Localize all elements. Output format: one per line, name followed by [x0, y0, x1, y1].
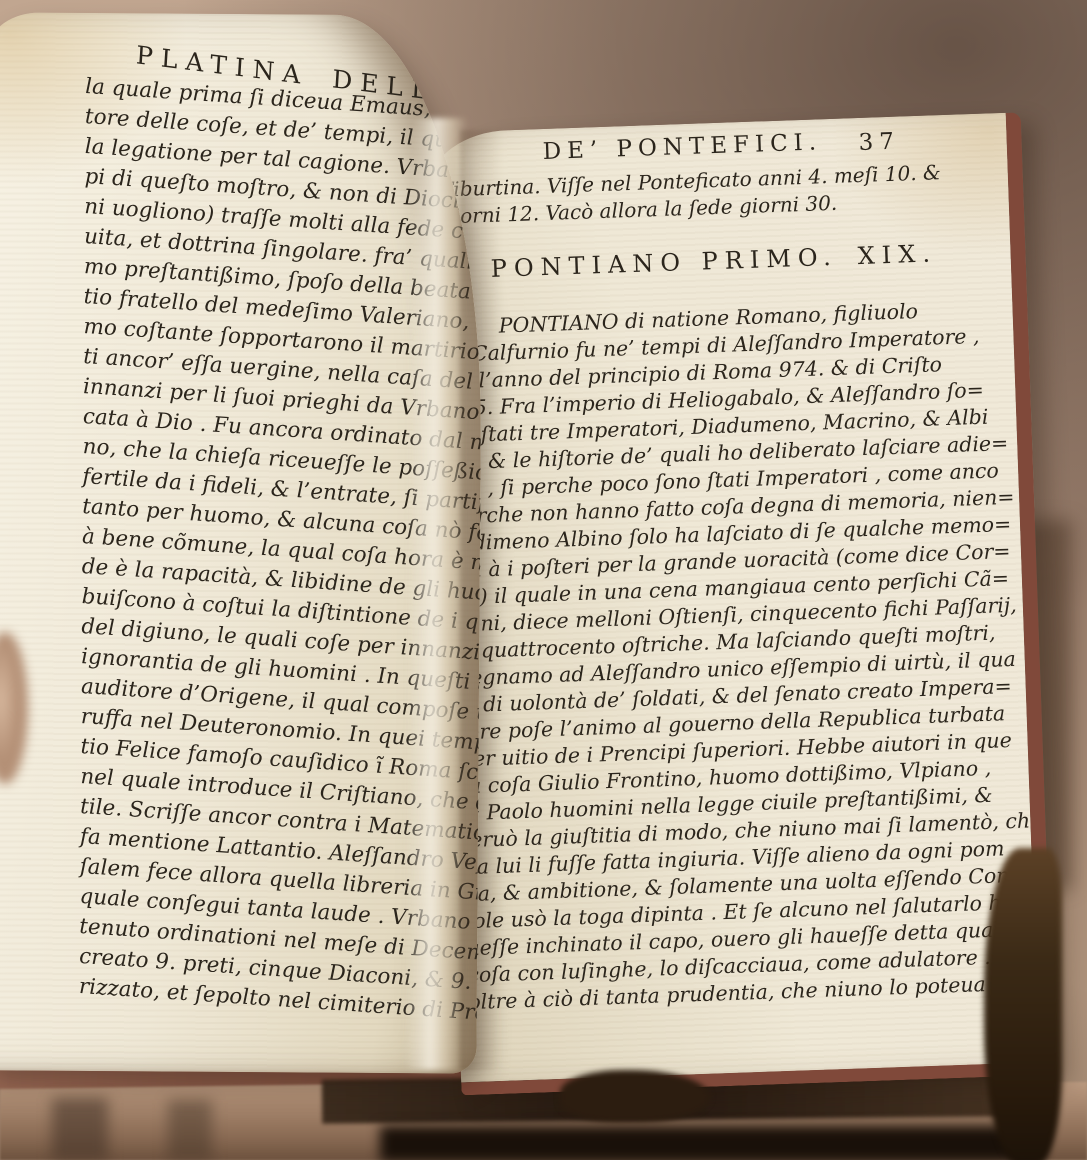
right-page-text: DE’ PONTEFICI. 37 Tiburtina. Viſſe nel P…: [438, 123, 1024, 1016]
background-blur-object: [52, 1098, 108, 1160]
chapter-title: PONTIANO PRIMO.: [490, 243, 838, 283]
page-number: 37: [858, 129, 900, 156]
gutter-shadow: [460, 130, 502, 1070]
chapter-numeral: XIX.: [857, 239, 937, 270]
chapter-heading: PONTIANO PRIMO.XIX.: [490, 237, 999, 283]
worn-leather-corner: [984, 848, 1062, 1160]
background-shadow-bottom: [380, 1126, 1040, 1160]
background-blur-object: [168, 1100, 212, 1160]
worn-spine-endband: [560, 1070, 710, 1122]
right-page: DE’ PONTEFICI. 37 Tiburtina. Viſſe nel P…: [428, 112, 1054, 1095]
right-body-lines: PONTIANO di natione Romano, figliuolodi …: [444, 295, 1024, 1016]
gutter-highlight: [405, 118, 468, 1070]
photo-of-open-book: DE’ PONTEFICI. 37 Tiburtina. Viſſe nel P…: [0, 0, 1087, 1160]
running-header-title: DE’ PONTEFICI.: [542, 129, 822, 165]
